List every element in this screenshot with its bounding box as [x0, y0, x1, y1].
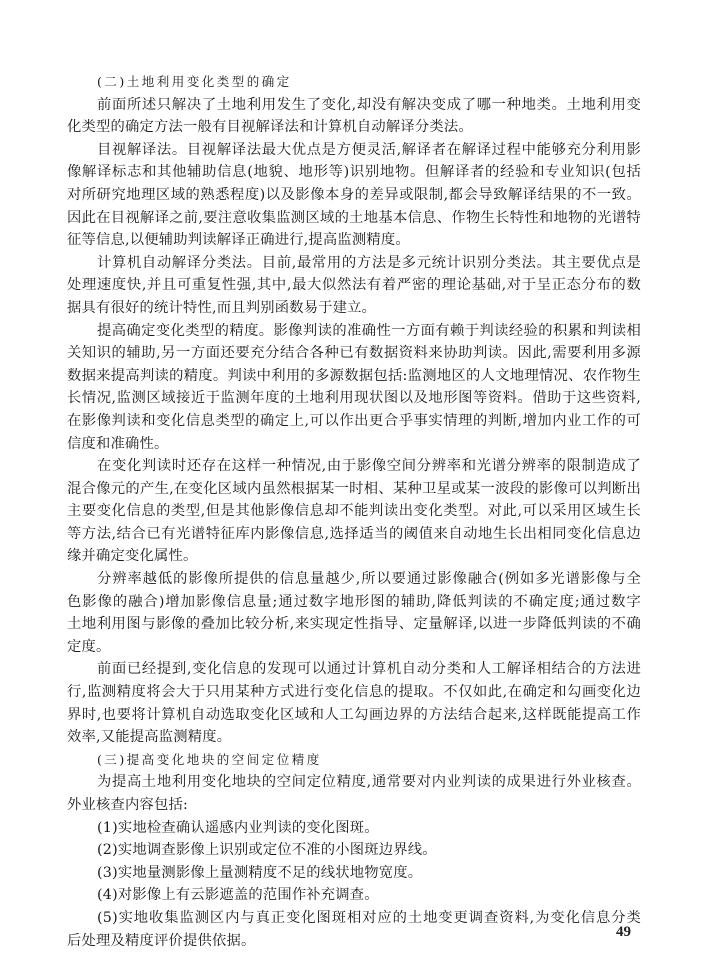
text-line: 界时,也要将计算机自动选取变化区域和人工勾画边界的方法结合起来,这样既能提高工作 [67, 704, 641, 727]
section-heading: (三)提高变化地块的空间定位精度 [67, 749, 641, 772]
paragraph-start-line: 在变化判读时还存在这样一种情况,由于影像空间分辨率和光谱分辨率的限制造成了 [67, 455, 641, 478]
list-item: (3)实地量测影像上量测精度不足的线状地物宽度。 [67, 862, 641, 885]
text-line: 因此在目视解译之前,要注意收集监测区域的土地基本信息、作物生长特性和地物的光谱特 [67, 207, 641, 230]
text-line: 处理速度快,并且可重复性强,其中,最大似然法有着严密的理论基础,对于呈正态分布的… [67, 274, 641, 297]
text-line: 数据来提高判读的精度。判读中利用的多源数据包括:监测地区的人文地理情况、农作物生 [67, 365, 641, 388]
paragraph-start-line: (5)实地收集监测区内与真正变化图斑相对应的土地变更调查资料,为变化信息分类 [67, 907, 641, 930]
section-heading: (二)土地利用变化类型的确定 [67, 71, 641, 94]
paragraph-end-line: 外业核查内容包括: [67, 794, 641, 817]
paragraph-start-line: 计算机自动解译分类法。目前,最常用的方法是多元统计识别分类法。其主要优点是 [67, 252, 641, 275]
text-line: 等方法,结合已有光谱特征库内影像信息,选择适当的阈值来自动地生长出相同变化信息边 [67, 523, 641, 546]
paragraph-end-line: 信度和准确性。 [67, 433, 641, 456]
document-page: (二)土地利用变化类型的确定前面所述只解决了土地利用发生了变化,却没有解决变成了… [67, 71, 641, 952]
paragraph-end-line: 后处理及精度评价提供依据。 [67, 930, 641, 953]
list-item: (1)实地检查确认遥感内业判读的变化图斑。 [67, 817, 641, 840]
paragraph-end-line: 效率,又能提高监测精度。 [67, 726, 641, 749]
paragraph-start-line: 前面所述只解决了土地利用发生了变化,却没有解决变成了哪一种地类。土地利用变 [67, 94, 641, 117]
paragraph-start-line: 分辨率越低的影像所提供的信息量越少,所以要通过影像融合(例如多光谱影像与全 [67, 568, 641, 591]
text-line: 主要变化信息的类型,但是其他影像信息却不能判读出变化类型。对此,可以采用区域生长 [67, 500, 641, 523]
list-item: (2)实地调查影像上识别或定位不准的小图斑边界线。 [67, 839, 641, 862]
paragraph-start-line: 为提高土地利用变化地块的空间定位精度,通常要对内业判读的成果进行外业核查。 [67, 771, 641, 794]
text-line: 色影像的融合)增加影像信息量;通过数字地形图的辅助,降低判读的不确定度;通过数字 [67, 591, 641, 614]
text-line: 像解译标志和其他辅助信息(地貌、地形等)识别地物。但解译者的经验和专业知识(包括 [67, 161, 641, 184]
paragraph-end-line: 定度。 [67, 636, 641, 659]
text-line: 土地利用图与影像的叠加比较分析,来实现定性指导、定量解译,以进一步降低判读的不确 [67, 613, 641, 636]
text-line: 关知识的辅助,另一方面还要充分结合各种已有数据资料来协助判读。因此,需要利用多源 [67, 342, 641, 365]
paragraph-start-line: 目视解译法。目视解译法最大优点是方便灵活,解译者在解译过程中能够充分利用影 [67, 139, 641, 162]
paragraph-end-line: 据具有很好的统计特性,而且判别函数易于建立。 [67, 297, 641, 320]
page-number: 49 [616, 924, 631, 941]
text-line: 混合像元的产生,在变化区域内虽然根据某一时相、某种卫星或某一波段的影像可以判断出 [67, 478, 641, 501]
list-item: (4)对影像上有云影遮盖的范围作补充调查。 [67, 884, 641, 907]
paragraph-end-line: 缘并确定变化属性。 [67, 545, 641, 568]
text-line: 长情况,监测区域接近于监测年度的土地利用现状图以及地形图等资料。借助于这些资料, [67, 387, 641, 410]
text-line: 在影像判读和变化信息类型的确定上,可以作出更合乎事实情理的判断,增加内业工作的可 [67, 410, 641, 433]
paragraph-start-line: 提高确定变化类型的精度。影像判读的准确性一方面有赖于判读经验的积累和判读相 [67, 320, 641, 343]
paragraph-end-line: 征等信息,以便辅助判读解译正确进行,提高监测精度。 [67, 229, 641, 252]
text-line: 行,监测精度将会大于只用某种方式进行变化信息的提取。不仅如此,在确定和勾画变化边 [67, 681, 641, 704]
paragraph-start-line: 前面已经提到,变化信息的发现可以通过计算机自动分类和人工解译相结合的方法进 [67, 658, 641, 681]
text-line: 对所研究地理区域的熟悉程度)以及影像本身的差异或限制,都会导致解译结果的不一致。 [67, 184, 641, 207]
paragraph-end-line: 化类型的确定方法一般有目视解译法和计算机自动解译分类法。 [67, 116, 641, 139]
